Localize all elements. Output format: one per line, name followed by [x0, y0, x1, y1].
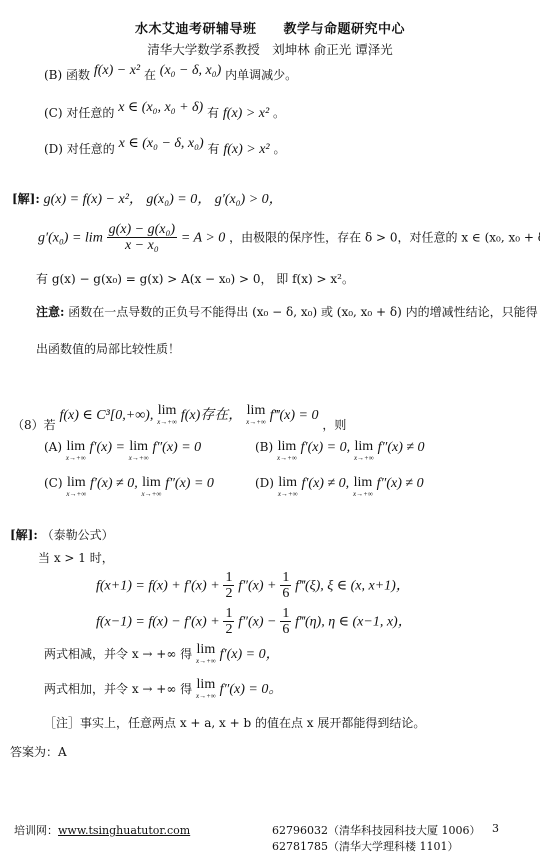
limit: limx→+∞	[246, 404, 266, 426]
option-label: (B) 函数	[44, 68, 90, 82]
numerator: g(x) − g(x₀)	[107, 222, 177, 238]
lim-sub: x→+∞	[278, 491, 298, 498]
option-label: (A)	[44, 440, 62, 454]
q8-note: ［注］事实上，任意两点 x + a, x + b 的值在点 x 展开都能得到结论…	[44, 714, 425, 731]
math: f(x−1) = f(x) − f′(x) +	[96, 614, 220, 629]
footer-site: 培训网：www.tsinghuatutor.com	[14, 822, 190, 838]
lim-text: lim	[66, 440, 86, 454]
math: f″(x) = 0	[165, 476, 214, 491]
fraction: g(x) − g(x₀) x − x₀	[107, 222, 177, 254]
denominator: 2	[223, 586, 234, 601]
add-result: 两式相加，并令 x → +∞ 得 limx→+∞ f″(x) = 0。	[44, 678, 282, 700]
math: f(x+1) = f(x) + f′(x) +	[96, 578, 220, 593]
denominator: x − x₀	[107, 238, 177, 253]
limit: limx→+∞	[278, 476, 298, 498]
limit: limx→+∞	[66, 440, 86, 462]
math: f′(x) ≠ 0,	[301, 476, 349, 491]
lim-text: lim	[354, 440, 374, 454]
option-c: (C) 对任意的 x ∈ (x₀, x₀ + δ) 有 f(x) > x² 。	[44, 104, 285, 122]
math: f″(x) = 0	[152, 440, 201, 455]
site-link[interactable]: www.tsinghuatutor.com	[58, 824, 190, 837]
denominator: 6	[280, 586, 291, 601]
math-expr: x ∈ (x₀ − δ, x₀)	[119, 136, 204, 151]
text: 。	[273, 106, 285, 120]
lim-sub: x→+∞	[129, 455, 149, 462]
limit: limx→+∞	[277, 440, 297, 462]
lim-sub: x→+∞	[246, 419, 266, 426]
math: f′(x) = 0，	[220, 647, 280, 662]
note-text: 函数在一点导数的正负号不能得出 (x₀ − δ, x₀) 或 (x₀, x₀ +…	[68, 305, 537, 319]
math-cond: f(x)存在，	[181, 408, 242, 423]
q7-note-cont: 出函数值的局部比较性质！	[36, 340, 180, 357]
text: 有	[207, 106, 219, 120]
math: f′(x) = 0,	[301, 440, 350, 455]
math: f‴(η), η ∈ (x−1, x)，	[295, 614, 412, 629]
header-authors: 清华大学数学系教授 刘坤林 俞正光 谭泽光	[0, 40, 540, 58]
option-label: (D) 对任意的	[44, 142, 115, 156]
solution-tag: [解]:	[10, 528, 38, 542]
lim-text: lim	[353, 476, 373, 490]
text: ，则	[322, 418, 346, 432]
math: f″(x) ≠ 0	[378, 440, 425, 455]
denominator: 2	[223, 622, 234, 637]
q8-option-d: (D) limx→+∞ f′(x) ≠ 0, limx→+∞ f″(x) ≠ 0	[255, 476, 424, 498]
text: ，由极限的保序性，存在 δ > 0，对任意的 x ∈ (x₀, x₀ + δ)	[229, 230, 540, 244]
header-title: 水木艾迪考研辅导班 教学与命题研究中心	[0, 18, 540, 37]
note-label: 注意:	[36, 305, 64, 319]
fraction-half: 12	[223, 570, 234, 602]
option-d: (D) 对任意的 x ∈ (x₀ − δ, x₀) 有 f(x) > x² 。	[44, 140, 285, 158]
limit: limx→+∞	[142, 476, 162, 498]
math: f′(x) ≠ 0,	[90, 476, 138, 491]
option-label: (D)	[255, 476, 274, 490]
lim-sub: x→+∞	[277, 455, 297, 462]
option-label: (C)	[44, 476, 63, 490]
math-ineq: f(x) > x²	[223, 106, 269, 121]
math-ineq: f(x) > x²	[223, 142, 269, 157]
solution-tag: [解]:	[12, 192, 40, 206]
limit: limx→+∞	[157, 404, 177, 426]
taylor-eq2: f(x−1) = f(x) − f′(x) + 12 f″(x) − 16 f‴…	[96, 606, 412, 638]
limit: limx→+∞	[66, 476, 86, 498]
lim-text: lim	[246, 404, 266, 418]
lim-text: lim	[142, 476, 162, 490]
limit: limx→+∞	[196, 643, 216, 665]
text: 两式相加，并令 x → +∞ 得	[44, 682, 192, 696]
text: 有	[208, 142, 220, 156]
math: f‴(ξ), ξ ∈ (x, x+1)，	[295, 578, 410, 593]
q7-solution-line3: 有 g(x) − g(x₀) = g(x) > A(x − x₀) > 0， 即…	[36, 270, 354, 287]
math-line: g(x) = f(x) − x²， g(x₀) = 0， g′(x₀) > 0，	[44, 192, 283, 207]
math: f″(x) = 0。	[220, 682, 283, 697]
q8-condition: 当 x > 1 时，	[38, 549, 114, 566]
lim-text: lim	[196, 678, 216, 692]
math: f″(x) ≠ 0	[377, 476, 424, 491]
math-expr: x ∈ (x₀, x₀ + δ)	[118, 100, 203, 115]
math-interval: (x₀ − δ, x₀)	[160, 63, 221, 78]
lim-text: lim	[278, 476, 298, 490]
text: 。	[273, 142, 285, 156]
text: 在	[144, 68, 156, 82]
lim-sub: x→+∞	[66, 455, 86, 462]
fraction-half: 12	[223, 606, 234, 638]
lim-text: lim	[277, 440, 297, 454]
numerator: 1	[280, 606, 291, 622]
q8-solution-head: [解]: （泰勒公式）	[10, 526, 114, 543]
lim-sub: x→+∞	[196, 658, 216, 665]
lim-sub: x→+∞	[354, 455, 374, 462]
lim-sub: x→+∞	[142, 491, 162, 498]
lim-sub: x→+∞	[353, 491, 373, 498]
text: 两式相减，并令 x → +∞ 得	[44, 647, 192, 661]
math: f′(x) =	[90, 440, 125, 455]
lim-text: lim	[157, 404, 177, 418]
numerator: 1	[223, 570, 234, 586]
method-text: （泰勒公式）	[42, 528, 114, 542]
limit: limx→+∞	[353, 476, 373, 498]
q7-note: 注意: 函数在一点导数的正负号不能得出 (x₀ − δ, x₀) 或 (x₀, …	[36, 303, 538, 320]
denominator: 6	[280, 622, 291, 637]
answer: 答案为：A	[10, 743, 67, 760]
fraction-sixth: 16	[280, 570, 291, 602]
math: f″(x) −	[238, 614, 276, 629]
lim-sub: x→+∞	[196, 693, 216, 700]
option-label: (C) 对任意的	[44, 106, 114, 120]
numerator: 1	[280, 570, 291, 586]
page-number: 3	[492, 822, 499, 835]
footer-phone2: 62781785（清华大学理科楼 1101）	[272, 838, 458, 854]
math-expr: f(x) − x²	[94, 63, 140, 78]
math-rhs: = A > 0	[181, 230, 225, 245]
q7-solution-line1: [解]: g(x) = f(x) − x²， g(x₀) = 0， g′(x₀)…	[12, 188, 283, 208]
q8-option-b: (B) limx→+∞ f′(x) = 0, limx→+∞ f″(x) ≠ 0	[255, 440, 425, 462]
math-cond: f‴(x) = 0	[270, 408, 319, 423]
limit: limx→+∞	[354, 440, 374, 462]
lim-sub: x→+∞	[66, 491, 86, 498]
taylor-eq1: f(x+1) = f(x) + f′(x) + 12 f″(x) + 16 f‴…	[96, 570, 410, 602]
lim-sub: x→+∞	[157, 419, 177, 426]
math-cond: f(x) ∈ C³[0,+∞),	[59, 408, 153, 423]
lim-text: lim	[66, 476, 86, 490]
limit: limx→+∞	[129, 440, 149, 462]
fraction-sixth: 16	[280, 606, 291, 638]
q7-solution-line2: g′(x₀) = lim g(x) − g(x₀) x − x₀ = A > 0…	[38, 222, 540, 254]
site-label: 培训网：	[14, 824, 58, 837]
question-number: （8）若	[12, 418, 56, 432]
lim-text: lim	[129, 440, 149, 454]
math: f″(x) +	[238, 578, 276, 593]
limit: limx→+∞	[196, 678, 216, 700]
numerator: 1	[223, 606, 234, 622]
subtract-result: 两式相减，并令 x → +∞ 得 limx→+∞ f′(x) = 0，	[44, 643, 280, 665]
option-label: (B)	[255, 440, 273, 454]
q8-option-c: (C) limx→+∞ f′(x) ≠ 0, limx→+∞ f″(x) = 0	[44, 476, 214, 498]
lim-text: lim	[196, 643, 216, 657]
q8-option-a: (A) limx→+∞ f′(x) = limx→+∞ f″(x) = 0	[44, 440, 201, 462]
q8-stem: （8）若 f(x) ∈ C³[0,+∞), limx→+∞ f(x)存在， li…	[12, 414, 346, 436]
text: 内单调减少。	[225, 68, 297, 82]
footer-phone1: 62796032（清华科技园科技大厦 1006）	[272, 822, 480, 838]
math-lhs: g′(x₀) = lim	[38, 230, 103, 245]
option-b: (B) 函数 f(x) − x² 在 (x₀ − δ, x₀) 内单调减少。	[44, 66, 297, 84]
